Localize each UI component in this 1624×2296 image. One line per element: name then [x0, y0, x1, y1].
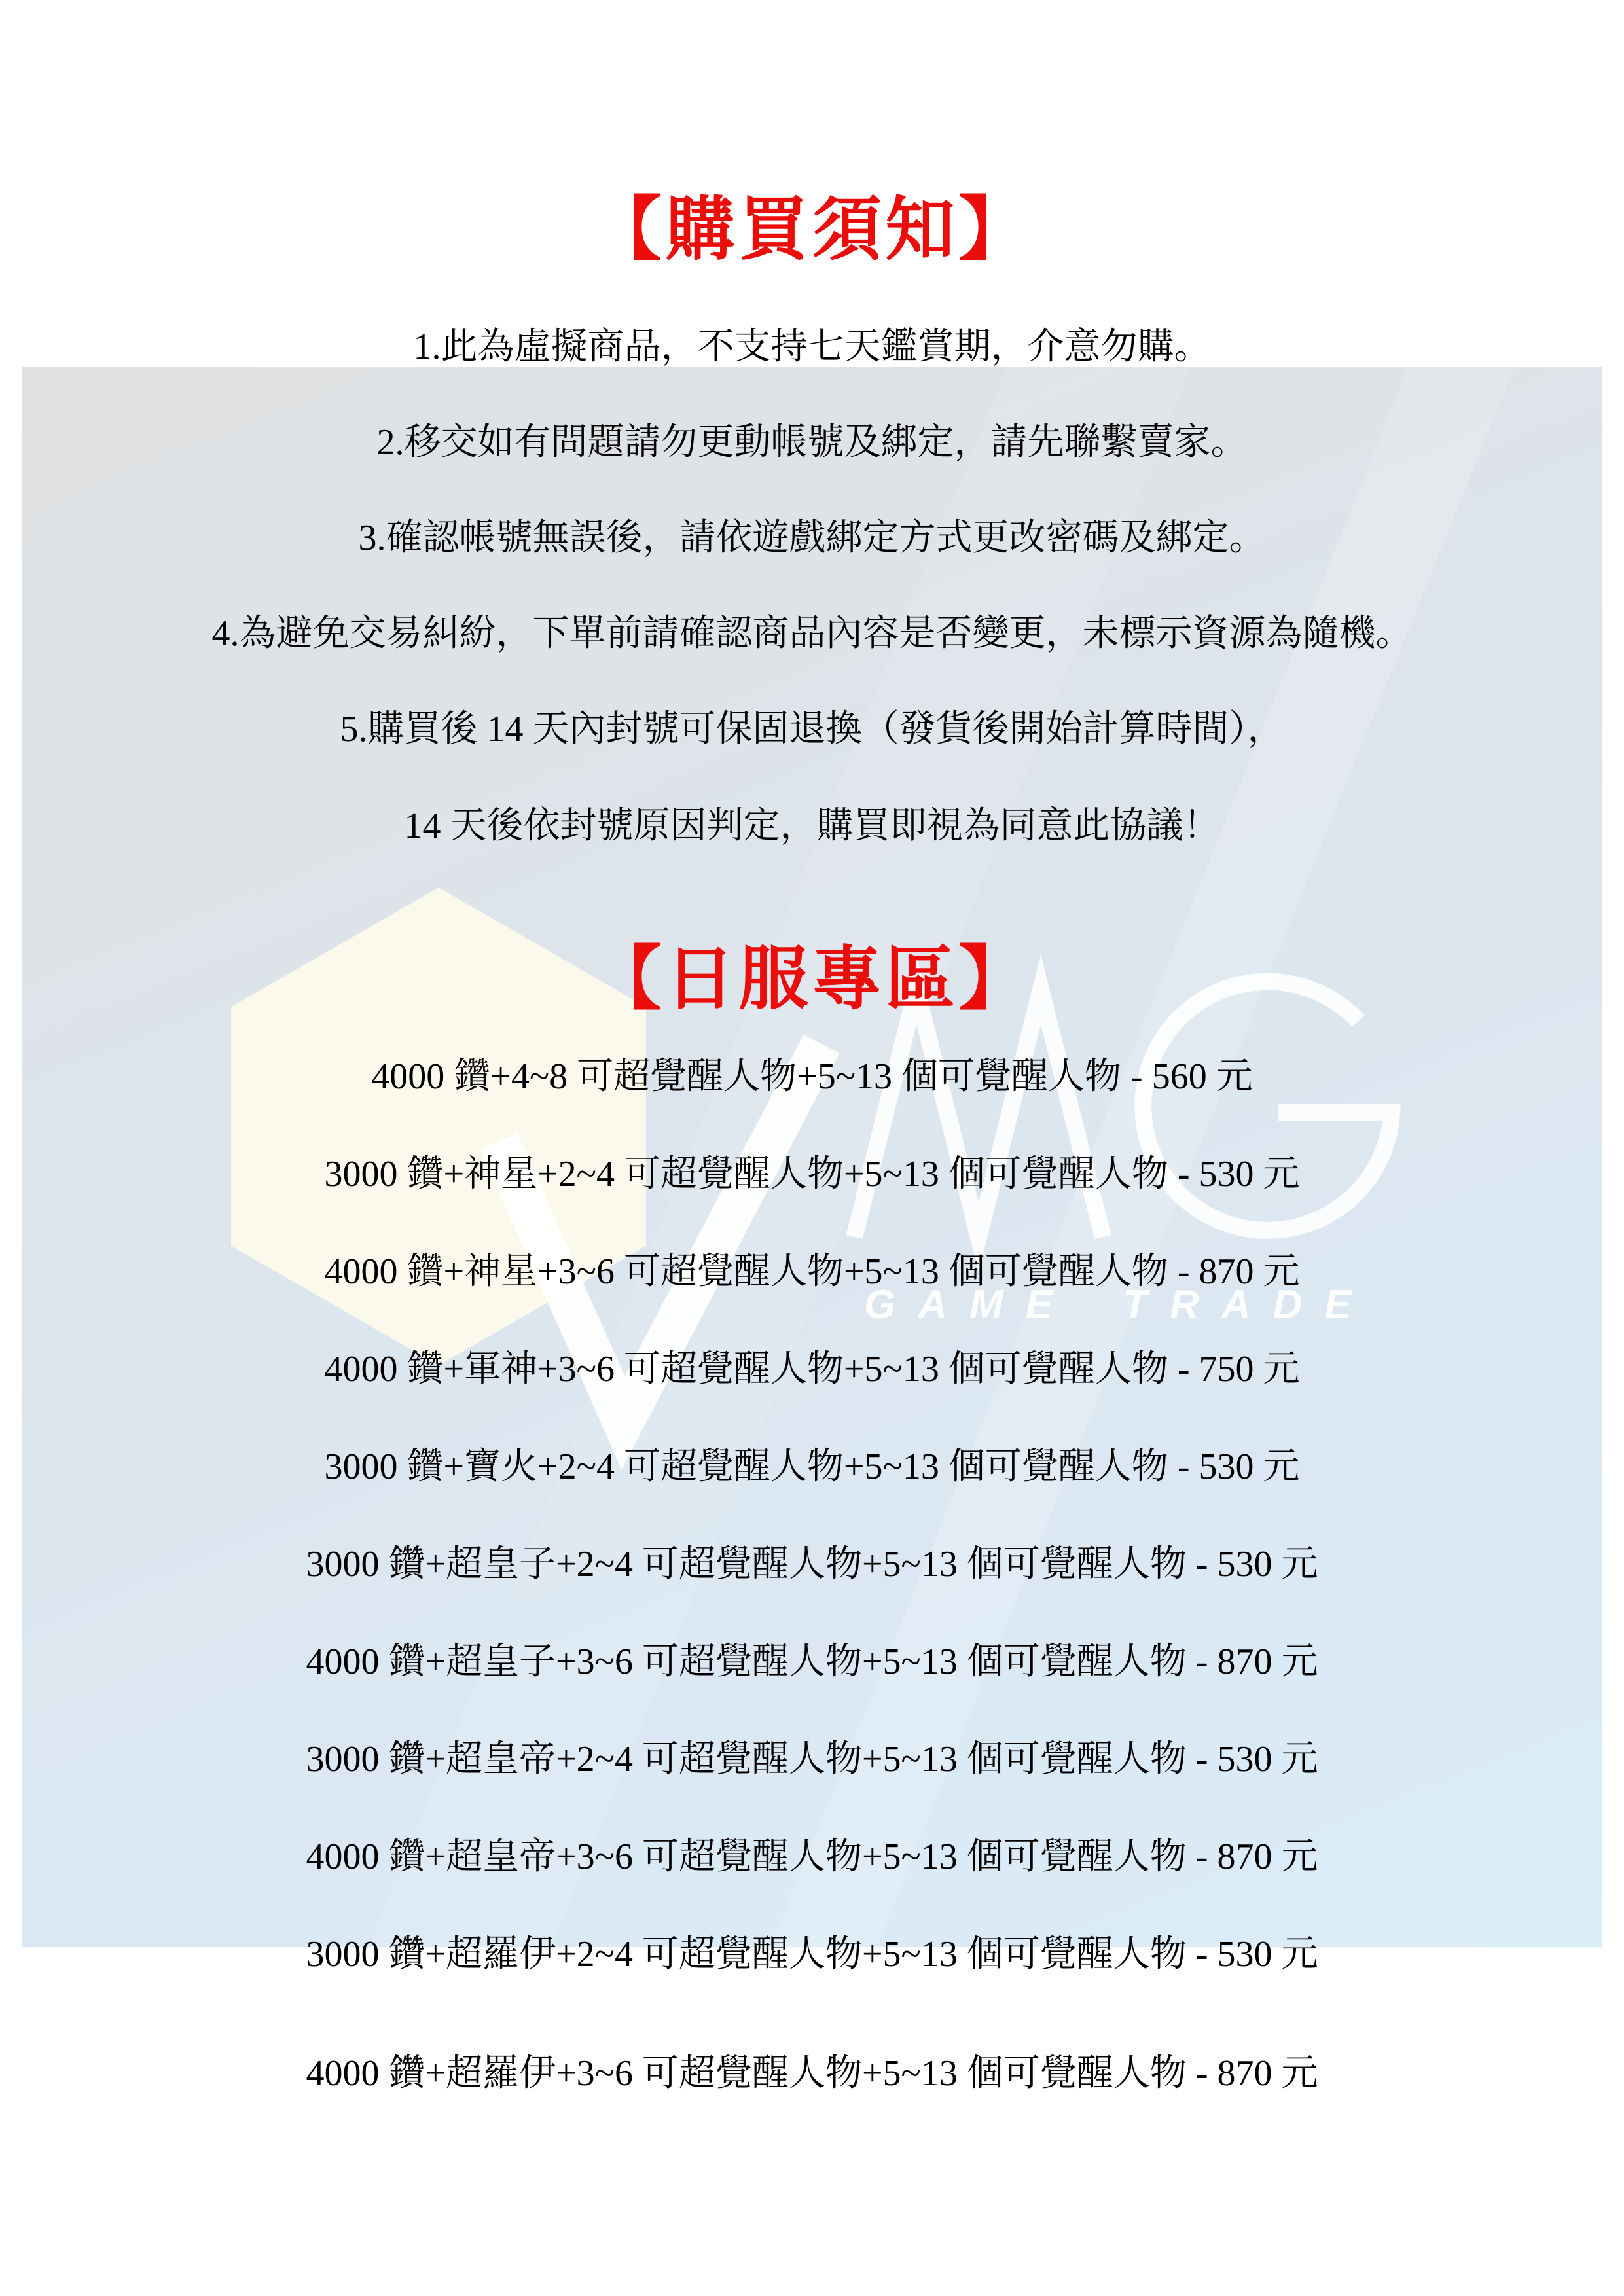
price-line: 4000 鑽+超皇子+3~6 可超覺醒人物+5~13 個可覺醒人物 - 870 …: [0, 1637, 1624, 1687]
notice-line: 4.為避免交易糾紛，下單前請確認商品內容是否變更，未標示資源為隨機。: [0, 609, 1624, 658]
section-title: 【日服專區】: [0, 934, 1624, 1026]
price-line: 4000 鑽+軍神+3~6 可超覺醒人物+5~13 個可覺醒人物 - 750 元: [0, 1344, 1624, 1394]
price-line: 4000 鑽+超羅伊+3~6 可超覺醒人物+5~13 個可覺醒人物 - 870 …: [0, 2049, 1624, 2098]
price-line: 3000 鑽+超皇子+2~4 可超覺醒人物+5~13 個可覺醒人物 - 530 …: [0, 1539, 1624, 1589]
notice-title: 【購買須知】: [0, 185, 1624, 276]
document-page: GAME TRADE 【購買須知】 1.此為虛擬商品，不支持七天鑑賞期，介意勿購…: [0, 0, 1624, 2296]
price-line: 3000 鑽+超皇帝+2~4 可超覺醒人物+5~13 個可覺醒人物 - 530 …: [0, 1734, 1624, 1784]
price-line: 4000 鑽+神星+3~6 可超覺醒人物+5~13 個可覺醒人物 - 870 元: [0, 1247, 1624, 1297]
notice-line: 14 天後依封號原因判定，購買即視為同意此協議！: [0, 801, 1624, 851]
price-line: 3000 鑽+神星+2~4 可超覺醒人物+5~13 個可覺醒人物 - 530 元: [0, 1149, 1624, 1199]
notice-line: 5.購買後 14 天內封號可保固退換（發貨後開始計算時間），: [0, 704, 1624, 754]
price-line: 3000 鑽+寶火+2~4 可超覺醒人物+5~13 個可覺醒人物 - 530 元: [0, 1442, 1624, 1492]
price-line: 4000 鑽+4~8 可超覺醒人物+5~13 個可覺醒人物 - 560 元: [0, 1052, 1624, 1102]
notice-line: 3.確認帳號無誤後，請依遊戲綁定方式更改密碼及綁定。: [0, 513, 1624, 563]
notice-line: 1.此為虛擬商品，不支持七天鑑賞期，介意勿購。: [0, 322, 1624, 372]
notice-line: 2.移交如有問題請勿更動帳號及綁定，請先聯繫賣家。: [0, 418, 1624, 467]
price-line: 4000 鑽+超皇帝+3~6 可超覺醒人物+5~13 個可覺醒人物 - 870 …: [0, 1832, 1624, 1882]
monogram-m-stroke: [854, 990, 1103, 1237]
price-line: 3000 鑽+超羅伊+2~4 可超覺醒人物+5~13 個可覺醒人物 - 530 …: [0, 1929, 1624, 1979]
